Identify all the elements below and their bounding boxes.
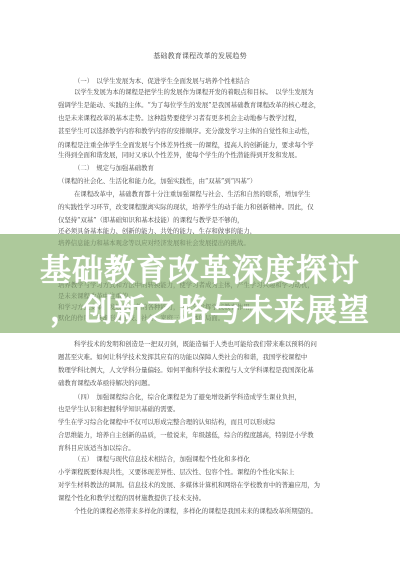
paragraph-line: 对学生材料教法的调剂。信息技术的发展、多媒体计算机和网络在学校教育中的普遍应用，… bbox=[58, 481, 320, 489]
paragraph-line: 在课程改革中，基础教育都十分注重加强课程与社会、生活和自然的联系，增加学生 bbox=[74, 190, 310, 198]
paragraph-line: 科学技术的发明和创造是一把双刃剑，既能造福于人类也可能给我们带来难以预料的问 bbox=[74, 340, 317, 348]
paragraph-line: 课程个性化和教学过程的因材施教提供了技术支持。 bbox=[58, 494, 205, 502]
paragraph-line: 培养信息能力和基本观念等以应对经济发展和社会发展提出的挑战。 bbox=[58, 239, 250, 247]
paragraph-line: 也是未来课程改革的基本走势。这种趋势要使学习者有更多机会主动地参与教学过程， bbox=[58, 114, 301, 122]
paragraph-line: 础教育课程改革亟待解决的问题。 bbox=[58, 379, 154, 387]
banner-title-line-1: 基础教育改革深度探讨 bbox=[0, 253, 400, 289]
paragraph-line: 题甚至灾难。如何让科学技术发挥其应有的功能以保障人类社会的和谐，我国学校课程中 bbox=[58, 353, 307, 361]
paragraph-line: 个性化的课程必然带来多样化的课程，多样化的课程是我国未来的课程改革所期望的。 bbox=[74, 507, 317, 515]
paragraph-line: 合思维能力，培养自主创新的品质，一般说来，年级越低，综合的程度越高，特别是小学教 bbox=[58, 431, 314, 439]
paragraph-line: 学生在学习综合化课程中不仅可以形成完整合理的认知结构，而且可以形成综 bbox=[58, 418, 275, 426]
paragraph-line: 小学课程既要体现共性，又要体现差异性、层次性、包容个性。课程的个性化实际上 bbox=[58, 468, 294, 476]
paragraph-line: （课程的社会化、生活化和能力化，加强实践性，由“双基”到“四基”） bbox=[58, 177, 256, 185]
paragraph-line: （五） 课程与现代信息技术相结合，加强课程个性化和多样化 bbox=[74, 455, 250, 463]
paragraph-line: 育科目应该适当加以综合。 bbox=[58, 444, 135, 452]
paragraph-line: 生得到全面和谐发展，同时又承认个性差异，使每个学生的个性潜能得到开发和发展。 bbox=[58, 151, 301, 159]
paragraph-line: 以学生发展为本的课程是把学生的发展作为课程开发的着眼点和目标。 以学生发展为 bbox=[74, 88, 314, 96]
paragraph-line: 仅坚持“双基”（即基础知识和基本技能）的课程与教学是不够的， bbox=[58, 216, 243, 224]
paragraph-line: 数理学科比例大，人文学科分量偏轻。如何平衡科学技术课程与人文学科课程是我国深化基 bbox=[58, 366, 314, 374]
paragraph-line: （二） 规定与加强基础教育 bbox=[74, 164, 154, 172]
document-title: 基础教育课程改革的发展趋势 bbox=[0, 51, 400, 61]
paragraph-line: （四） 加强课程综合化，综合化课程是为了避免增设新学科造成学生课业负担， bbox=[74, 393, 301, 401]
paragraph-line: （一） 以学生发展为本、促进学生全面发展与培养个性相结合 bbox=[74, 77, 250, 85]
paragraph-line: 也是学生认识和把握科学知识基础的需要。 bbox=[58, 405, 179, 413]
banner-title-line-2: ，创新之路与未来展望 bbox=[50, 293, 400, 329]
paragraph-line: 甚至学生可以选择教学内容和教学内容的安排顺序。充分激发学习主体的自觉性和主动性， bbox=[58, 127, 314, 135]
paragraph-line: 的实践性学习环节，改变课程脱离实际的现状，培养学生的动手能力和创新精神。因此，仅 bbox=[58, 203, 314, 211]
paragraph-line: 强调学生是能动、实践的主体。“为了每位学生的发展”是我国基础教育课程改革的核心理… bbox=[58, 101, 320, 109]
paragraph-line: 的课程是注重全体学生全面发展与个体差异性统一的课程，提高人的创新能力，要求每个学 bbox=[58, 141, 314, 149]
